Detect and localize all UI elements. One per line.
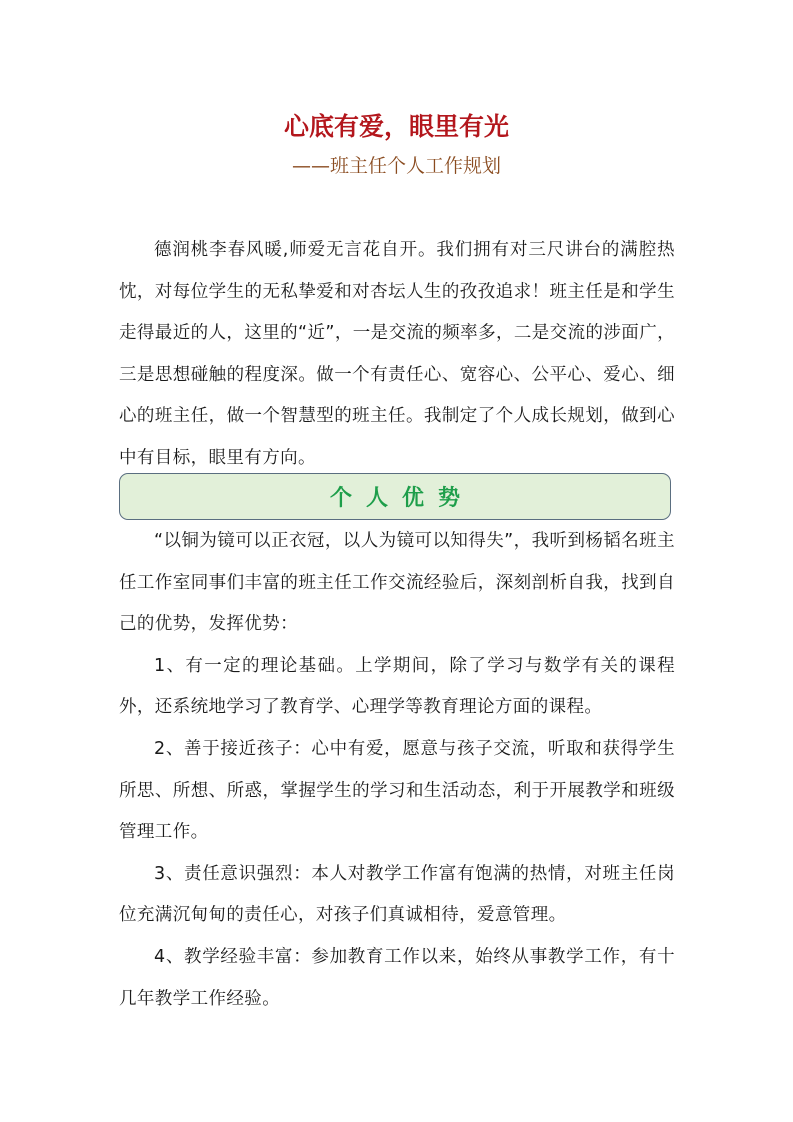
section-heading-banner: 个人优势 [119, 473, 671, 520]
document-subtitle: ——班主任个人工作规划 [0, 152, 793, 180]
advantage-item: 2、善于接近孩子：心中有爱，愿意与孩子交流，听取和获得学生所思、所想、所惑，掌握… [119, 729, 675, 854]
section-heading: 个人优势 [316, 481, 474, 512]
advantage-item: 3、责任意识强烈：本人对教学工作富有饱满的热情，对班主任岗位充满沉甸甸的责任心，… [119, 854, 675, 937]
document-page: 心底有爱，眼里有光 ——班主任个人工作规划 德润桃李春风暖,师爱无言花自开。我们… [0, 0, 793, 1122]
advantage-item: 4、教学经验丰富：参加教育工作以来，始终从事教学工作，有十几年教学工作经验。 [119, 937, 675, 1020]
document-title: 心底有爱，眼里有光 [0, 110, 793, 144]
intro-section: 德润桃李春风暖,师爱无言花自开。我们拥有对三尺讲台的满腔热忱，对每位学生的无私挚… [119, 230, 675, 480]
advantages-section: “以铜为镜可以正衣冠，以人为镜可以知得失”，我听到杨韬名班主任工作室同事们丰富的… [119, 521, 675, 1020]
advantages-intro-paragraph: “以铜为镜可以正衣冠，以人为镜可以知得失”，我听到杨韬名班主任工作室同事们丰富的… [119, 521, 675, 646]
advantage-item: 1、有一定的理论基础。上学期间，除了学习与数学有关的课程外，还系统地学习了教育学… [119, 646, 675, 729]
intro-paragraph: 德润桃李春风暖,师爱无言花自开。我们拥有对三尺讲台的满腔热忱，对每位学生的无私挚… [119, 230, 675, 480]
